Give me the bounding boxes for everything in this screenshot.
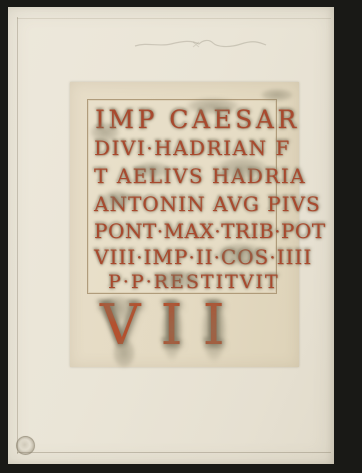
roman-numeral-vii: VII: [100, 296, 245, 356]
inscription-border-panel: IMP CAESAR DIVI·HADRIAN F T AELIVS HADRI…: [87, 99, 277, 294]
album-page: IMP CAESAR DIVI·HADRIAN F T AELIVS HADRI…: [8, 7, 334, 464]
inscription-line-4: ANTONIN AVG PIVS: [94, 192, 321, 216]
inscription-line-6: VIII·IMP·II·COS·IIII: [94, 245, 312, 269]
inscription-line-5: PONT·MAX·TRIB·POT: [94, 219, 326, 243]
inscription-line-1: IMP CAESAR: [95, 105, 300, 134]
embossed-stamp-icon: [16, 436, 35, 455]
pencil-annotation-illegible: [133, 33, 268, 55]
inscription-line-3: T AELIVS HADRIA: [94, 164, 306, 188]
inscription-line-2: DIVI·HADRIAN F: [94, 136, 291, 160]
scanned-document: IMP CAESAR DIVI·HADRIAN F T AELIVS HADRI…: [0, 0, 362, 473]
underleaf-bottom-edge: [17, 452, 331, 453]
underleaf-left-edge: [17, 17, 18, 454]
inscription-line-7: P·P·RESTITVIT: [108, 271, 280, 293]
underleaf-top-edge: [17, 18, 331, 19]
inscription-drawing-sheet: IMP CAESAR DIVI·HADRIAN F T AELIVS HADRI…: [70, 82, 299, 367]
